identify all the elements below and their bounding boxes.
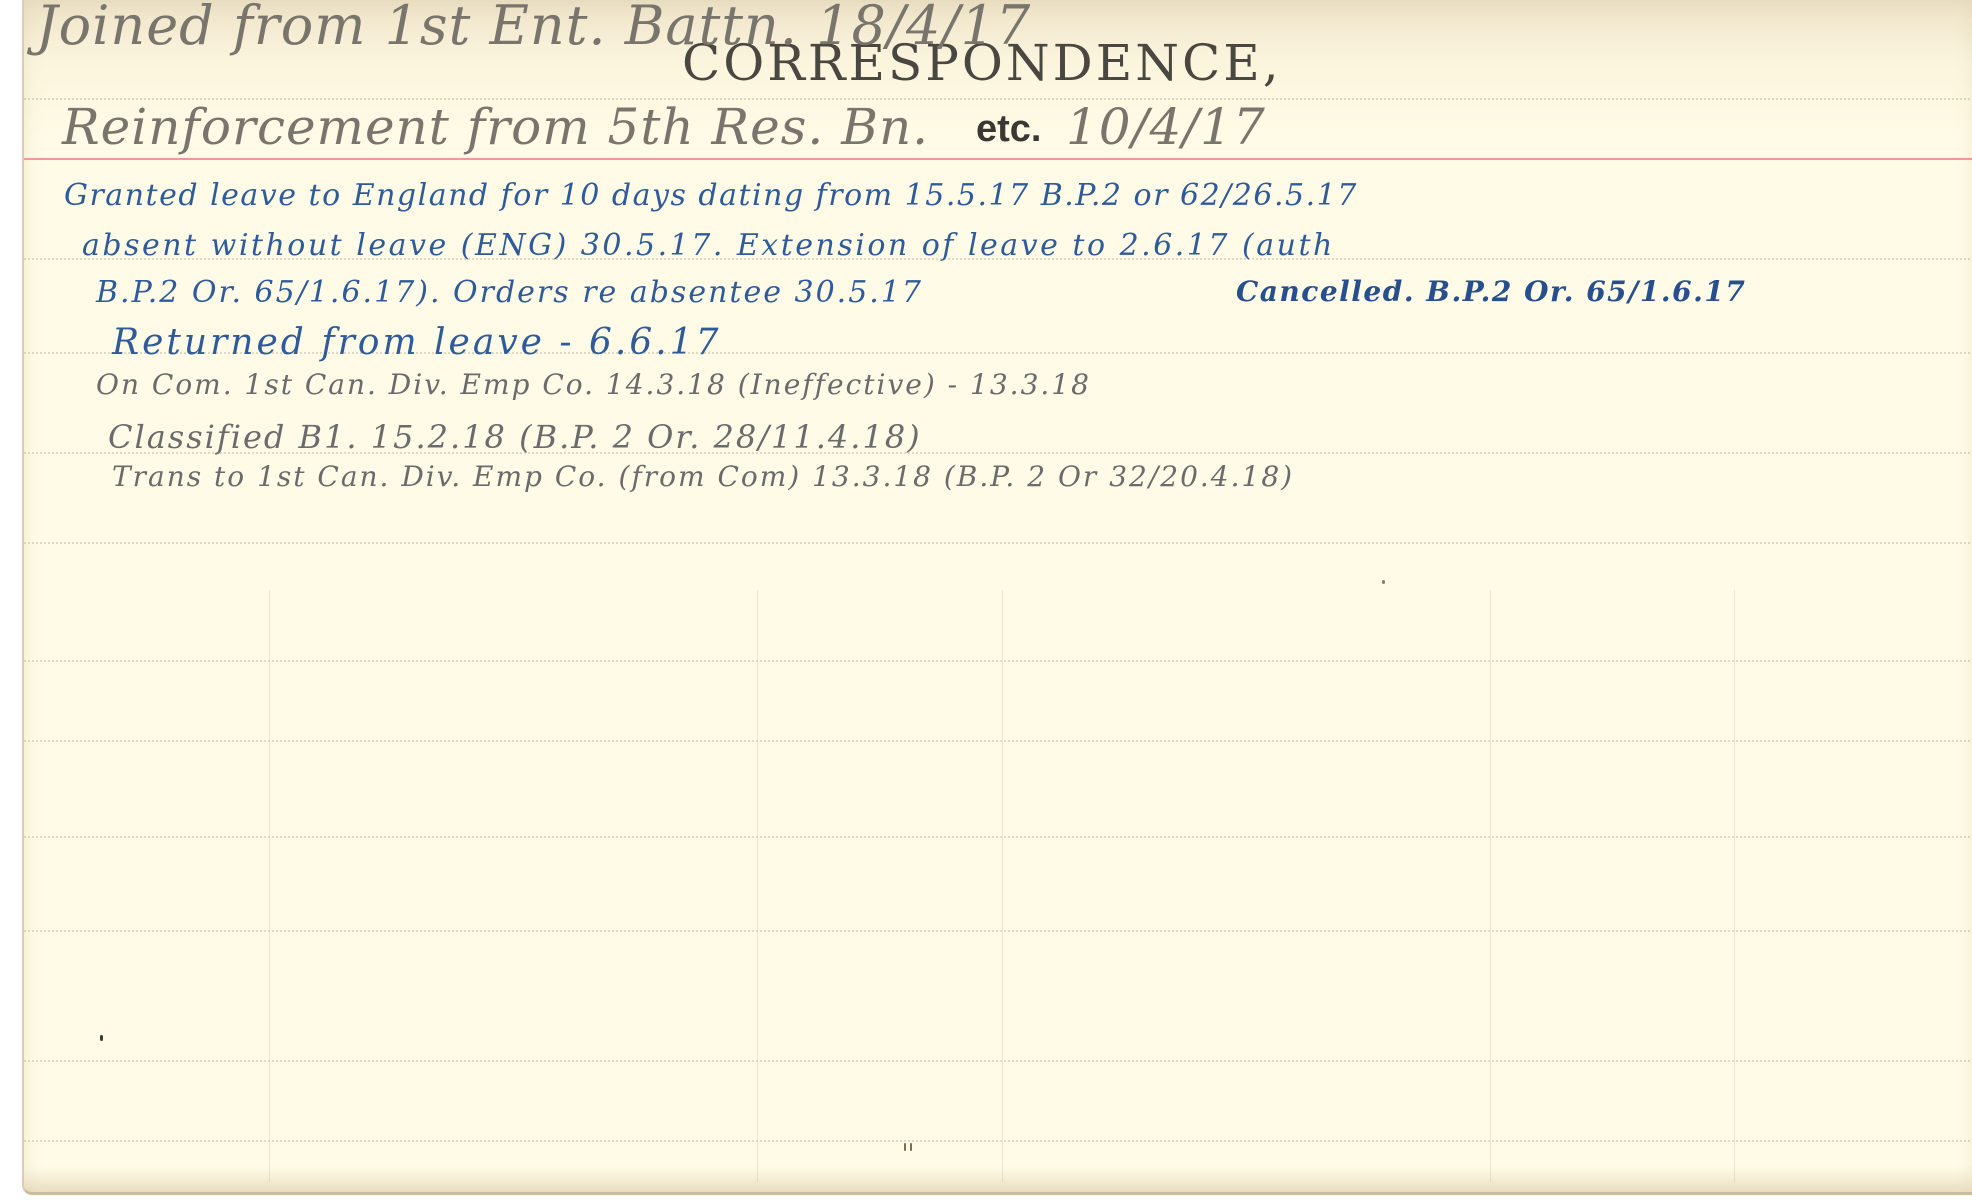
ruled-line bbox=[24, 740, 1972, 742]
entry-leave-granted: Granted leave to England for 10 days dat… bbox=[64, 178, 1358, 213]
header-red-rule bbox=[24, 158, 1972, 160]
entry-transferred: Trans to 1st Can. Div. Emp Co. (from Com… bbox=[112, 460, 1294, 493]
column-line bbox=[269, 590, 270, 1182]
ruled-line bbox=[24, 1140, 1972, 1142]
ink-speck bbox=[100, 1035, 103, 1041]
column-line bbox=[1490, 590, 1491, 1182]
ruled-line bbox=[24, 930, 1972, 932]
column-line bbox=[757, 590, 758, 1182]
ruled-line bbox=[24, 542, 1972, 544]
entry-orders: B.P.2 Or. 65/1.6.17). Orders re absentee… bbox=[96, 275, 923, 310]
ink-speck bbox=[904, 1143, 906, 1151]
entry-reinforcement-date: 10/4/17 bbox=[1066, 98, 1266, 156]
column-line bbox=[1002, 590, 1003, 1182]
ruled-line bbox=[24, 836, 1972, 838]
entry-reinforcement: Reinforcement from 5th Res. Bn. bbox=[62, 98, 929, 156]
service-record-card: CORRESPONDENCE, etc. Joined from 1st Ent… bbox=[22, 0, 1972, 1195]
printed-subheading: etc. bbox=[976, 108, 1041, 151]
entry-classified: Classified B1. 15.2.18 (B.P. 2 Or. 28/11… bbox=[108, 418, 922, 456]
entry-cancelled: Cancelled. B.P.2 Or. 65/1.6.17 bbox=[1236, 275, 1746, 308]
ruled-line bbox=[24, 660, 1972, 662]
entry-returned: Returned from leave - 6.6.17 bbox=[112, 322, 722, 363]
entry-absent: absent without leave (ENG) 30.5.17. Exte… bbox=[82, 228, 1335, 263]
entry-on-command: On Com. 1st Can. Div. Emp Co. 14.3.18 (I… bbox=[96, 368, 1091, 401]
ink-speck bbox=[1382, 580, 1385, 584]
ruled-line bbox=[24, 1060, 1972, 1062]
ink-speck bbox=[910, 1143, 912, 1151]
column-line bbox=[1734, 590, 1735, 1182]
entry-joined: Joined from 1st Ent. Battn. 18/4/17 bbox=[36, 0, 1031, 57]
